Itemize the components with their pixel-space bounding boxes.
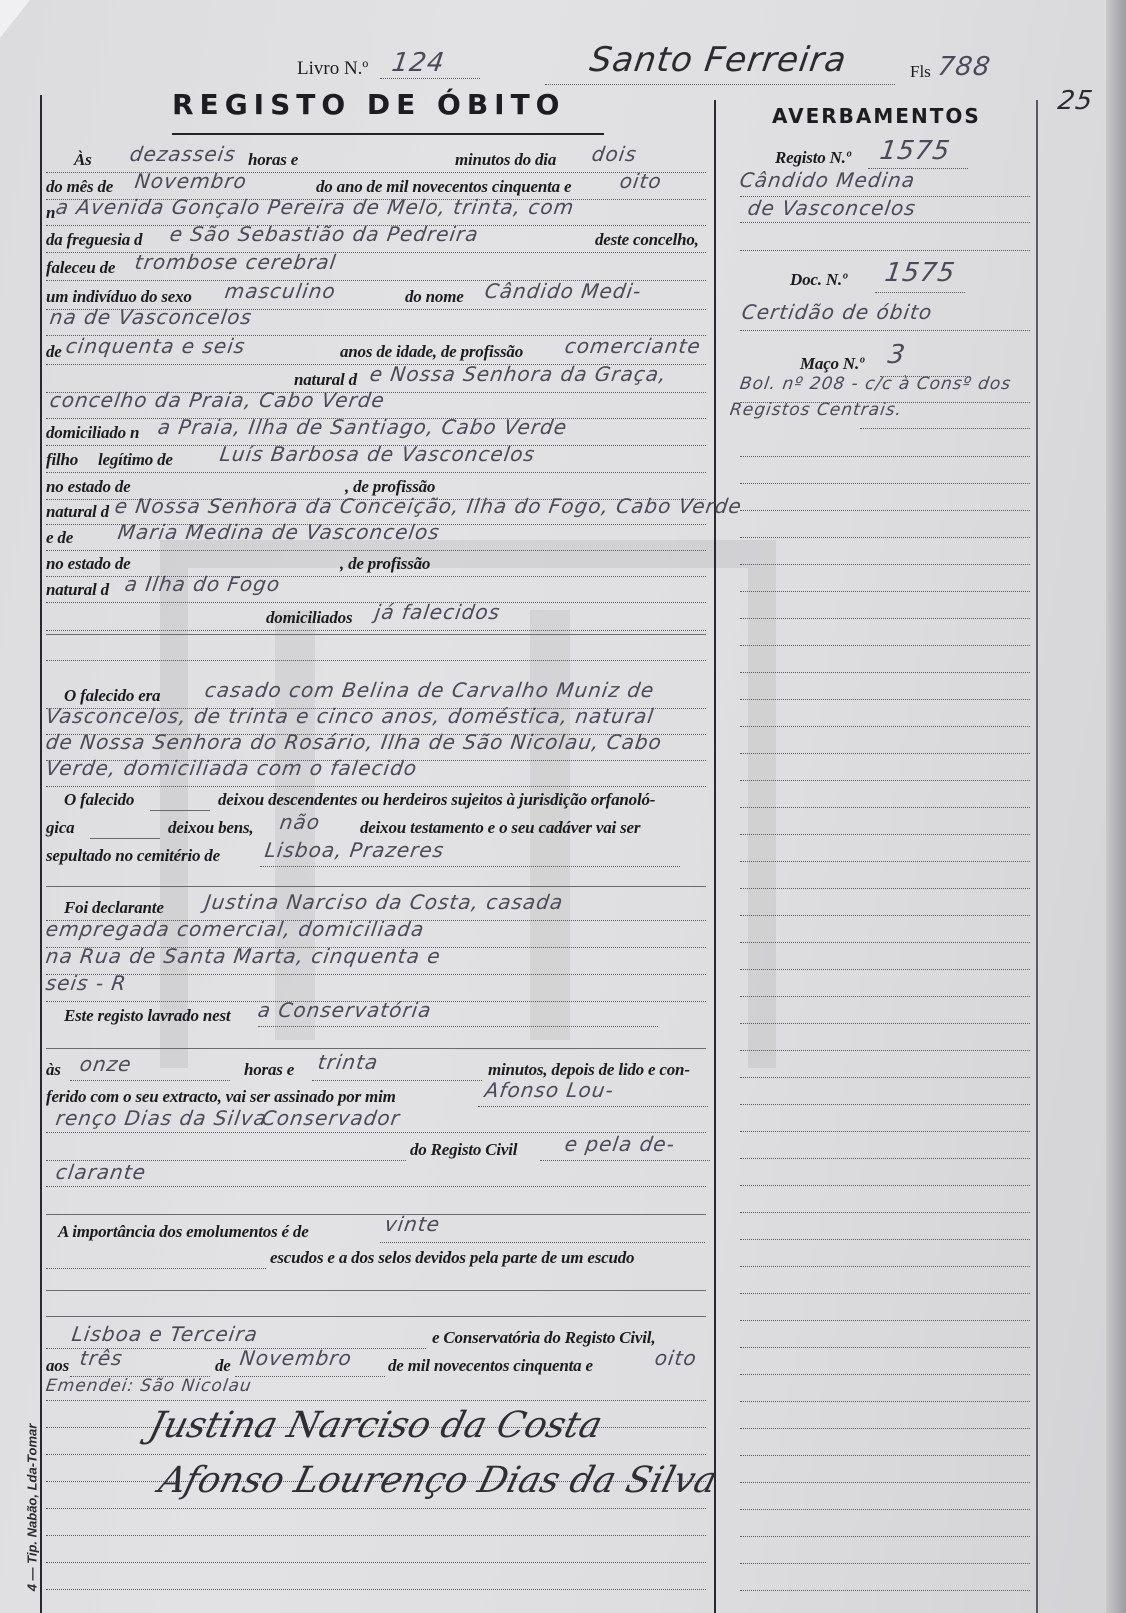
cemetery-label: sepultado no cemitério de (46, 846, 220, 866)
form-label: natural d (46, 502, 109, 522)
handwritten-entry: já falecidos (373, 600, 502, 624)
form-rule (260, 866, 680, 867)
registo-civil-label: do Registo Civil (410, 1140, 517, 1160)
form-rule (740, 780, 1030, 781)
form-rule (740, 1266, 1030, 1267)
form-rule (46, 1508, 706, 1509)
lavrado-label: Este registo lavrado nest (64, 1006, 230, 1026)
form-label: faleceu de (46, 258, 115, 278)
form-label: do ano de mil novecentos cinquenta e (316, 177, 571, 197)
form-rule (540, 1160, 710, 1161)
form-label: e de (46, 528, 73, 548)
form-label: filho (46, 450, 78, 470)
form-rule (740, 834, 1030, 835)
form-rule (740, 1185, 1030, 1186)
form-rule (740, 699, 1030, 700)
bol-hand: Bol. nº 208 - c/c à Consº dos (739, 374, 1013, 394)
form-label: do nome (405, 287, 464, 307)
registo-hand: de Vasconcelos (746, 196, 917, 220)
form-rule (46, 1268, 266, 1269)
form-label: Às (74, 150, 92, 170)
fees-value: vinte (383, 1212, 442, 1236)
page-edge-shadow (1106, 0, 1126, 1613)
spouse-entry: de Nossa Senhora do Rosário, Ilha de São… (44, 730, 663, 754)
form-rule (740, 483, 1030, 484)
handwritten-entry: cinquenta e seis (64, 334, 247, 358)
form-label: natural d (46, 580, 109, 600)
form-rule (46, 1186, 706, 1187)
closing-day: três (78, 1346, 124, 1370)
title-underline (172, 133, 604, 135)
form-rule (46, 1400, 706, 1401)
column-divider (714, 100, 716, 1613)
left-border (40, 95, 42, 1613)
form-rule (740, 222, 1030, 223)
form-rule (740, 807, 1030, 808)
form-rule (46, 1214, 706, 1215)
declarant-continuation: clarante (54, 1160, 147, 1184)
form-rule (46, 1048, 706, 1049)
form-rule (740, 1374, 1030, 1375)
hour-value: onze (78, 1052, 133, 1076)
form-rule (235, 1376, 385, 1377)
handwritten-entry: dezasseis (128, 142, 237, 166)
handwritten-entry: dois (590, 142, 638, 166)
form-rule (740, 1212, 1030, 1213)
spouse-entry: Vasconcelos, de trinta e cinco anos, dom… (44, 704, 655, 728)
form-rule (740, 1023, 1030, 1024)
form-rule (740, 672, 1030, 673)
handwritten-entry: comerciante (563, 334, 702, 358)
registrar-title: Conservador (260, 1106, 401, 1130)
form-label: de (46, 342, 62, 362)
doc-hand: Certidão de óbito (740, 300, 934, 324)
form-rule (875, 292, 965, 293)
form-rule (740, 753, 1030, 754)
form-rule (90, 838, 160, 839)
form-rule (740, 1482, 1030, 1483)
form-rule (46, 1535, 706, 1536)
form-label: natural d (294, 370, 357, 390)
form-rule (740, 1536, 1030, 1537)
fees-text: escudos e a dos selos devidos pela parte… (270, 1248, 634, 1268)
minute-value: trinta (316, 1050, 380, 1074)
handwritten-entry: e Nossa Senhora da Conceição, Ilha do Fo… (113, 494, 743, 518)
form-rule (740, 861, 1030, 862)
form-rule (312, 1080, 482, 1081)
handwritten-entry: na de Vasconcelos (48, 305, 254, 329)
hours-label: às (46, 1060, 61, 1080)
form-rule (740, 1131, 1030, 1132)
form-rule (740, 996, 1030, 997)
handwritten-entry: masculino (223, 279, 337, 303)
registo-label: Registo N.º (775, 148, 851, 168)
place-handwritten: Santo Ferreira (587, 40, 849, 80)
form-rule (46, 472, 706, 473)
printer-imprint: 4 — Tip. Nabão, Lda-Tomar (24, 1424, 39, 1592)
declarant-entry: seis - R (44, 971, 128, 995)
form-rule (740, 1077, 1030, 1078)
place-rule (545, 84, 895, 85)
closing-text: de (215, 1356, 231, 1376)
form-rule (740, 1563, 1030, 1564)
form-rule (740, 510, 1030, 511)
form-rule (740, 1428, 1030, 1429)
form-rule (478, 1106, 708, 1107)
heirs-text: deixou descendentes ou herdeiros sujeito… (218, 790, 655, 810)
page-corner-number: 25 (1056, 86, 1095, 116)
closing-year: oito (653, 1346, 698, 1370)
handwritten-entry: e São Sebastião da Pedreira (168, 222, 480, 246)
form-label: horas e (248, 150, 298, 170)
signed-text: ferido com o seu extracto, vai ser assin… (46, 1087, 396, 1107)
handwritten-entry: Cândido Medi- (483, 279, 643, 303)
form-rule (46, 550, 706, 551)
spouse-entry: casado com Belina de Carvalho Muniz de (203, 678, 656, 702)
form-label: anos de idade, de profissão (340, 342, 523, 362)
handwritten-entry: a Praia, Ilha de Santiago, Cabo Verde (156, 415, 569, 439)
heirs-label: O falecido (64, 790, 134, 810)
bens-value: não (278, 810, 322, 834)
form-label: no estado de (46, 554, 130, 574)
form-rule (740, 1401, 1030, 1402)
handwritten-entry: trombose cerebral (133, 250, 338, 274)
heirs-text: deixou testamento e o seu cadáver vai se… (360, 818, 640, 838)
form-rule (740, 645, 1030, 646)
form-rule (740, 591, 1030, 592)
handwritten-entry: Novembro (133, 169, 248, 193)
form-rule (46, 1454, 706, 1455)
closing-month: Novembro (238, 1346, 353, 1370)
form-rule (46, 630, 706, 631)
bol-hand: Registos Centrais. (729, 400, 904, 420)
closing-text: de mil novecentos cinquenta e (388, 1356, 593, 1376)
handwritten-entry: a Avenida Gonçalo Pereira de Melo, trint… (54, 195, 576, 219)
form-rule (740, 1509, 1030, 1510)
form-label: n (46, 203, 55, 223)
form-label: , de profissão (340, 554, 430, 574)
spouse-label: O falecido era (64, 686, 160, 706)
document-title: REGISTO DE ÓBITO (172, 88, 566, 121)
form-rule (740, 537, 1030, 538)
livro-value: 124 (390, 48, 447, 78)
form-rule (740, 1050, 1030, 1051)
signature-declarant: Justina Narciso da Costa (145, 1405, 606, 1446)
doc-value: 1575 (883, 258, 957, 288)
form-rule (740, 888, 1030, 889)
declarant-entry: na Rua de Santa Marta, cinquenta e (44, 944, 442, 968)
cemetery-value: Lisboa, Prazeres (263, 838, 446, 862)
form-rule (740, 456, 1030, 457)
handwritten-entry: e Nossa Senhora da Graça, (368, 362, 668, 386)
form-rule (740, 1104, 1030, 1105)
form-label: um indivíduo do sexo (46, 287, 192, 307)
declarant-continuation: e pela de- (563, 1132, 676, 1156)
emendation-note: Emendei: São Nicolau (45, 1376, 254, 1396)
form-rule (150, 810, 210, 811)
handwritten-entry: Maria Medina de Vasconcelos (116, 520, 441, 544)
form-label: da freguesia d (46, 230, 142, 250)
livro-rule (380, 78, 480, 79)
form-label: domiciliados (266, 608, 352, 628)
form-rule (740, 1320, 1030, 1321)
hours-label: horas e (244, 1060, 294, 1080)
closing-text: e Conservatória do Registo Civil, (432, 1328, 655, 1348)
handwritten-entry: Luís Barbosa de Vasconcelos (218, 442, 537, 466)
averbamentos-title: AVERBAMENTOS (772, 104, 981, 128)
registrar-name-cont: renço Dias da Silva (54, 1106, 268, 1130)
declarant-entry: empregada comercial, domiciliada (44, 917, 426, 941)
spouse-entry: Verde, domiciliada com o falecido (44, 756, 419, 780)
form-rule (46, 786, 706, 787)
fees-label: A importância dos emolumentos é de (58, 1222, 309, 1242)
form-rule (258, 1026, 658, 1027)
handwritten-entry: a Ilha do Fogo (123, 572, 282, 596)
form-rule (740, 330, 1030, 331)
form-rule (740, 969, 1030, 970)
form-label: deste concelho, (595, 230, 699, 250)
lavrado-value: a Conservatória (256, 998, 433, 1022)
form-rule (46, 974, 706, 975)
form-rule (740, 1455, 1030, 1456)
hours-text: minutos, depois de lido e con- (488, 1060, 690, 1080)
form-label: domiciliado n (46, 423, 139, 443)
form-rule (740, 726, 1030, 727)
form-rule (740, 564, 1030, 565)
form-rule (740, 1347, 1030, 1348)
form-rule (46, 634, 706, 635)
fls-value: 788 (936, 52, 993, 82)
form-rule (740, 915, 1030, 916)
form-rule (70, 1080, 230, 1081)
form-rule (46, 1316, 706, 1317)
form-rule (46, 1562, 706, 1563)
fls-label: Fls (910, 62, 931, 82)
form-rule (380, 1242, 705, 1243)
form-label: do mês de (46, 177, 113, 197)
form-rule (46, 660, 706, 661)
form-rule (860, 428, 1030, 429)
form-rule (740, 618, 1030, 619)
right-border (1036, 100, 1038, 1613)
signature-registrar: Afonso Lourenço Dias da Silva (155, 1460, 721, 1501)
registo-value: 1575 (878, 136, 952, 166)
form-label: minutos do dia (455, 150, 556, 170)
registrar-name: Afonso Lou- (483, 1078, 615, 1102)
heirs-text: gica (46, 818, 74, 838)
handwritten-entry: concelho da Praia, Cabo Verde (48, 388, 386, 412)
handwritten-entry: oito (618, 169, 663, 193)
livro-label: Livro N.º (297, 58, 368, 80)
maco-label: Maço N.º (800, 354, 864, 374)
form-label: legítimo de (98, 450, 173, 470)
form-rule (740, 1158, 1030, 1159)
form-rule (46, 886, 706, 887)
form-rule (740, 250, 1030, 251)
closing-text: aos (46, 1356, 69, 1376)
declarant-entry: Justina Narciso da Costa, casada (203, 890, 565, 914)
folded-corner (0, 0, 30, 38)
heirs-text: deixou bens, (168, 818, 253, 838)
form-rule (740, 1239, 1030, 1240)
form-rule (740, 942, 1030, 943)
form-rule (740, 1293, 1030, 1294)
form-rule (46, 1589, 706, 1590)
doc-label: Doc. N.º (790, 270, 847, 290)
closing-place: Lisboa e Terceira (70, 1322, 259, 1346)
registo-hand: Cândido Medina (738, 168, 917, 192)
form-rule (740, 1590, 1030, 1591)
declarant-label: Foi declarante (64, 898, 164, 918)
form-rule (46, 1290, 706, 1291)
